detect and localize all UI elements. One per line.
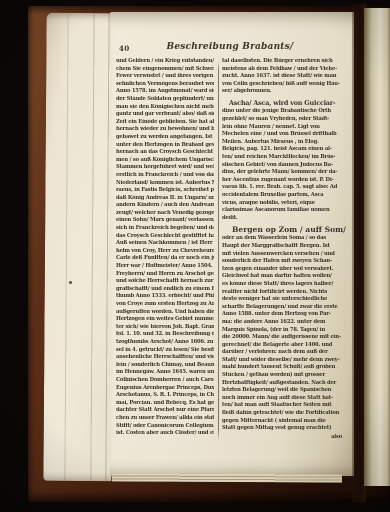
text-line: Statt/ und wider dieselbe/ mehr denn zwe… bbox=[222, 357, 350, 365]
text-line: slischen Gebiet/ von dannen Judocus Ba- bbox=[222, 162, 350, 170]
text-line: Arschotanus, S. R. I. Princeps, in Chi- bbox=[116, 392, 214, 400]
left-column: und Geldern / ein Krieg entstanden/ in w… bbox=[116, 58, 214, 441]
text-line: von Croye zum ersten Hertzog zu Arschot/ bbox=[116, 301, 214, 309]
text-line: meistens ab dem Feldbaw / und der Viehe- bbox=[222, 66, 350, 74]
text-line: lein ohne Mauren / nennet. Ligt von bbox=[222, 124, 350, 132]
text-line: raeus, in Fastis Belgicis, schreibet p. … bbox=[116, 187, 214, 195]
text-line: ma: die andere Anno 1622. unter dem bbox=[222, 319, 350, 327]
page-content: 40 Beschreibung Brabants/ und Geldern / … bbox=[116, 42, 354, 441]
facing-page-sliver bbox=[364, 8, 390, 486]
page-fore-edge-stack bbox=[43, 13, 114, 481]
text-line: daß König Andreas II. in Ungarn/ unter bbox=[116, 195, 214, 203]
text-line: Haupt der Marggraffschafft Bergen. Ist bbox=[222, 243, 350, 251]
text-line: gantz und gar verbrant/ also/ daß sie la… bbox=[116, 111, 214, 119]
photo-background: 40 Beschreibung Brabants/ und Geldern / … bbox=[0, 0, 390, 512]
text-line: sonderlich der Hafen mit zweyen Schan- bbox=[222, 258, 350, 266]
text-line: erstlich in Franckreich / und von dannen… bbox=[116, 172, 214, 180]
text-line: Freyherrn/ und Herrn zu Arschot gemacht/ bbox=[116, 271, 214, 279]
text-line: zucht. Anno 1637. ist diese Statt/ wie m… bbox=[222, 73, 350, 81]
text-line: das Croysch Geschlecht gestifftet habe. bbox=[116, 233, 214, 241]
text-line: Stücken / gethan worden) mit grosser bbox=[222, 372, 350, 380]
section-heading: Bergen op Zom / auff Som/ bbox=[222, 224, 350, 235]
section-heading-inline: Ascha/ Asca, wird von Guicciar- bbox=[222, 99, 350, 109]
text-line: helm von Croy, Herr zu Chevreheure, Käys… bbox=[116, 248, 214, 256]
text-line: die 20000. Mann/ die auffgerissene mit e… bbox=[222, 334, 350, 342]
text-line: tzogthumbs Arschot/ Anno 1606. zu Brüs- bbox=[116, 339, 214, 347]
text-line: Carle deß Fünfften/ da er noch ein junge… bbox=[116, 255, 214, 263]
text-line: Anno 1588. unter dem Hertzog von Par- bbox=[222, 311, 350, 319]
text-line: gebawet zu werden angefangen. Ist erstli… bbox=[116, 134, 214, 142]
text-line: Cöllnischen Domherren / auch Carolus bbox=[116, 377, 214, 385]
text-line: Auß seinen Nachkommen / ist Herr Wil- bbox=[116, 240, 214, 248]
text-line: graffschafft/ und endlich zu einem Hertz… bbox=[116, 286, 214, 294]
text-line: tal daselbsten. Die Bürger ernehren sich bbox=[222, 58, 350, 66]
text-line: gezehlet/ so man Vryheden, oder Städt- bbox=[222, 116, 350, 124]
page-header-row: 40 Beschreibung Brabants/ bbox=[116, 42, 354, 56]
text-line: gerechnet/ die Belagerte aber 1400. und bbox=[222, 342, 350, 350]
text-line: darüber / verlohren: nach dem auß der bbox=[222, 349, 350, 357]
text-line: fol. 1. 10. und 32. in Beschreibung des … bbox=[116, 331, 214, 339]
text-line: her Ascentius zugenant worden ist. P. Di… bbox=[222, 177, 350, 185]
text-line: Anno 1578. im Augstmonat/ ward sie von bbox=[116, 88, 214, 96]
text-line: ist. Costen aber auch Clöster/ und ein S… bbox=[116, 430, 214, 438]
page-bottom-edges bbox=[112, 473, 342, 482]
text-line: lein / sonderlich Chimay, und Beaumont, bbox=[116, 362, 214, 370]
text-line: vicus, araque nobilis, veteri, eique bbox=[222, 200, 350, 208]
text-line: hernach wieder zu bewohnen/ und bereits bbox=[116, 126, 214, 134]
text-line: hernach an das Croysch Geschlecht kom- bbox=[116, 149, 214, 157]
text-line: ten/ und reichen Marcktflecken/ im Brüs- bbox=[222, 154, 350, 162]
text-line: Niederland/ kommen ist. Aubertus Mi- bbox=[116, 180, 214, 188]
text-line: fleiß dahin getrachtet/ wie die Fortific… bbox=[222, 410, 350, 418]
text-line: occidentalem Bruxellae partem, Asca bbox=[222, 192, 350, 200]
text-line: clarissimae Ascanorum familiae nomen bbox=[222, 207, 350, 215]
text-line: Hertzhafftigkeit/ außgestanden. Nach der bbox=[222, 380, 350, 388]
text-line: zeugt/ welcher nach Venedig gezogen/ und bbox=[116, 210, 214, 218]
text-line: ansehenliche Herrschafften/ und viel Stä… bbox=[116, 354, 214, 362]
text-line: von Cölln geschrieben/ biß auff wenig Hä… bbox=[222, 81, 350, 89]
text-line: sich in Franckreich begeben/ und daselbs… bbox=[116, 225, 214, 233]
text-line: außgeruffen worden. Und haben diese bbox=[116, 309, 214, 317]
text-line: unter den Hertzogen in Brabant gewesen/ bbox=[116, 142, 214, 150]
text-line: chem Sie eingenommen/ mit Schwert und bbox=[116, 66, 214, 74]
text-line: mai, Porcian. und Rebecq. Es hat ge- bbox=[116, 400, 214, 408]
text-line: und solche Herrschafft hernach zur Marg- bbox=[116, 278, 214, 286]
text-line: im Hennegäw. Anno 1645. waren unter den bbox=[116, 369, 214, 377]
text-columns: und Geldern / ein Krieg entstanden/ in w… bbox=[116, 58, 354, 441]
text-line: dius, der gelehrte Mann/ kommen/ der da- bbox=[222, 169, 350, 177]
text-line: der Stände Soldaten geplündert/ und da bbox=[116, 96, 214, 104]
text-line: man sie den Königischen nicht mehr wuste… bbox=[116, 104, 214, 112]
text-line: Fewer verwüstet / und ihres vorigen an- bbox=[116, 73, 214, 81]
text-line: Hertzogen ein weites Gebiet nunmehr un- bbox=[116, 316, 214, 324]
text-line: men / so auß Königlichem Ungarischen bbox=[116, 157, 214, 165]
paper-speck bbox=[69, 281, 72, 284]
text-line: Eugenius Arenbergae Princeps, Dux bbox=[116, 385, 214, 393]
text-line: dachter Statt Arschot nur eine Pfarrkir- bbox=[116, 407, 214, 415]
book-page: 40 Beschreibung Brabants/ und Geldern / … bbox=[110, 12, 354, 476]
text-line: dedit. bbox=[222, 215, 350, 223]
text-line: Mechelen eine / und von Brüssel dritthal… bbox=[222, 131, 350, 139]
running-header: Beschreibung Brabants/ bbox=[116, 42, 344, 52]
text-line: ser/ abgebronnen. bbox=[222, 88, 350, 96]
text-line: einen Sohn/ Marx genant/ verlassen/ der bbox=[116, 217, 214, 225]
text-line: vaeus lib. 1. rer. Brab. cap. 5. sagt al… bbox=[222, 184, 350, 192]
text-line: desto weniger hat sie unterschiedliche bbox=[222, 296, 350, 304]
text-line: noch immer ein Aug auff diese Statt hat- bbox=[222, 395, 350, 403]
column-divider-rule bbox=[218, 60, 219, 441]
text-line: ter sich/ wie hiervon Joh. Bapt. Gramaye bbox=[116, 324, 214, 332]
text-line: gegen Mitternacht ( sintemal man die bbox=[222, 418, 350, 426]
text-line: und Geldern / ein Krieg entstanden/ in w… bbox=[116, 58, 214, 66]
text-line: dino unter die jenige Brabantische Orth bbox=[222, 108, 350, 116]
text-line: Meilen. Aubertus Miraeus , in Elog. bbox=[222, 139, 350, 147]
text-line: Statt gegen Mittag vest genug erachtet) bbox=[222, 425, 350, 433]
text-line: Stammen hergeführet wird/ und welches bbox=[116, 164, 214, 172]
text-line: sehnlichen Vermögens beraubet worden. bbox=[116, 81, 214, 89]
text-line: tzen gegen einander über wol verwahret. bbox=[222, 266, 350, 274]
text-line: chen zu unser Frawen/ allda ein stattlic… bbox=[116, 415, 214, 423]
text-line: Zeit ein Einöde geblieben. Sie hat aber bbox=[116, 119, 214, 127]
text-line: Marquis Spinola, (der in 78. Tagen/ in bbox=[222, 327, 350, 335]
text-line: Belgicis, pag. 121. heist Ascam einen al… bbox=[222, 146, 350, 154]
text-line: Gleichwol hat man darfür halten wollen/ bbox=[222, 273, 350, 281]
text-line: ten/ hat man auff Staatischer Seiten mit bbox=[222, 402, 350, 410]
text-line: thumb Anno 1533. erhöcht/ und Philippus bbox=[116, 293, 214, 301]
right-column: tal daselbsten. Die Bürger ernehren sich… bbox=[222, 58, 350, 441]
text-line: mit vielen Aussenwercken versehen / und bbox=[222, 251, 350, 259]
catchword: also bbox=[222, 434, 350, 442]
text-line: sel in 4. getruckt/ zu lesen/ Sie besitz… bbox=[116, 347, 214, 355]
text-line: letzten Belagerung/ weil die Spanischen bbox=[222, 387, 350, 395]
text-line: es könne diese Statt/ ihres lagers halbe… bbox=[222, 281, 350, 289]
text-line: oder an dem Wässerlein Soma / so das bbox=[222, 235, 350, 243]
text-line: andern Kindern / auch den Andream er- bbox=[116, 202, 214, 210]
text-line: mahl hundert tausent Schüß/ auß groben bbox=[222, 364, 350, 372]
text-line: Herr war / Hoffmeister/ Anno 1504. zum bbox=[116, 263, 214, 271]
text-line: scharffe Belagerungen/ und zwar die erst… bbox=[222, 304, 350, 312]
text-line: Stifft/ oder Canonicorum Collegium bbox=[116, 423, 214, 431]
text-line: realiter nicht fortificirt werden. Nicht… bbox=[222, 289, 350, 297]
